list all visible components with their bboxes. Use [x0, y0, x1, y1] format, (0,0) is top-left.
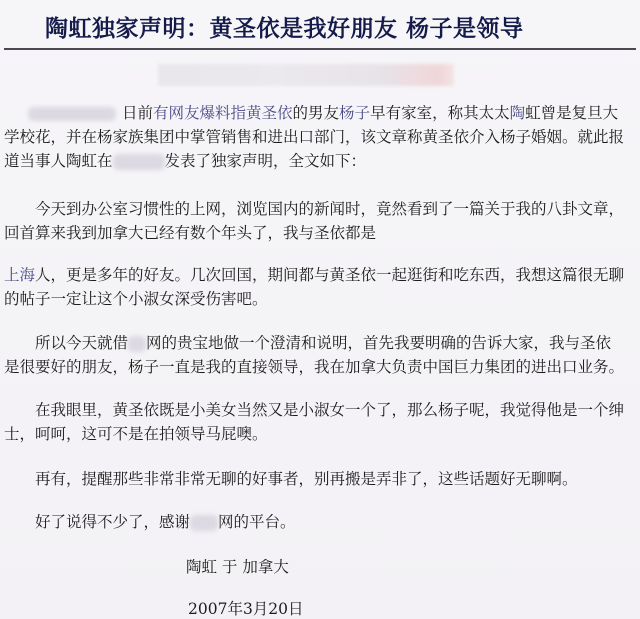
- paragraph-text: 人，更是多年的好友。几次回国，期间都与黄圣依一起逛街和吃东西，我想这篇很无聊: [35, 266, 624, 284]
- paragraph-4-line-1: 在我眼里，黄圣依既是小美女当然又是小淑女一个了，那么杨子呢，我觉得他是一个绅: [35, 400, 624, 420]
- date: 2007年3月20日: [188, 597, 304, 619]
- highlight-text: 上海: [4, 266, 35, 284]
- paragraph-text: 网的贵宝地做一个澄清和说明，首先我要明确的告诉大家，我与圣依: [146, 334, 611, 352]
- paragraph-3-line-1: 所以今天就借网的贵宝地做一个澄清和说明，首先我要明确的告诉大家，我与圣依: [35, 333, 611, 353]
- title-bar: 陶虹独家声明：黄圣依是我好朋友 杨子是领导: [0, 0, 640, 48]
- paragraph-2-line-1: 上海人，更是多年的好友。几次回国，期间都与黄圣依一起逛街和吃东西，我想这篇很无聊: [4, 265, 624, 285]
- redacted-source: [113, 154, 165, 170]
- intro-link-text: 有网友爆料指黄圣依: [153, 104, 293, 122]
- intro-text: 道当事人陶虹在: [4, 152, 113, 170]
- intro-link-text: 杨子: [339, 104, 370, 122]
- redacted-source: [28, 107, 116, 121]
- intro-line-1: 日前有网友爆料指黄圣依的男友杨子早有家室，称其太太陶虹曾是复旦大: [28, 103, 618, 123]
- paragraph-6-line-1: 好了说得不少了，感谢网的平台。: [35, 512, 296, 532]
- title-divider: [4, 48, 636, 50]
- intro-text: 发表了独家声明，全文如下：: [165, 152, 367, 170]
- redacted-site-name: [128, 336, 146, 352]
- paragraph-2-line-2: 的帖子一定让这个小淑女深受伤害吧。: [4, 289, 268, 309]
- paragraph-3-line-2: 是很要好的朋友，杨子一直是我的直接领导，我在加拿大负责中国巨力集团的进出口业务。: [4, 357, 624, 377]
- paragraph-1-line-1: 今天到办公室习惯性的上网，浏览国内的新闻时，竟然看到了一篇关于我的八卦文章，: [35, 199, 624, 219]
- paragraph-1-line-2: 回首算来我到加拿大已经有数个年头了，我与圣依都是: [4, 223, 376, 243]
- intro-text: 的男友: [293, 104, 340, 122]
- intro-line-2: 学校花，并在杨家族集团中掌管销售和进出口部门，该文章称黄圣依介入杨子婚姻。就此报: [4, 127, 624, 147]
- paragraph-4-line-2: 士，呵呵，这可不是在拍领导马屁噢。: [4, 424, 268, 444]
- blurred-banner-image: [158, 64, 454, 86]
- intro-link-text: 陶: [510, 104, 526, 122]
- paragraph-5-line-1: 再有，提醒那些非常非常无聊的好事者，别再搬是弄非了，这些话题好无聊啊。: [35, 469, 578, 489]
- page-title: 陶虹独家声明：黄圣依是我好朋友 杨子是领导: [45, 10, 524, 43]
- paragraph-text: 网的平台。: [218, 513, 296, 531]
- intro-text: 日前: [122, 104, 153, 122]
- paragraph-text: 好了说得不少了，感谢: [35, 513, 190, 531]
- intro-line-3: 道当事人陶虹在发表了独家声明，全文如下：: [4, 151, 366, 171]
- intro-text: 早有家室，称其太太: [370, 104, 510, 122]
- redacted-site-name: [190, 515, 218, 531]
- intro-text: 虹曾是复旦大: [525, 104, 618, 122]
- signature: 陶虹 于 加拿大: [186, 555, 289, 577]
- document-page: 陶虹独家声明：黄圣依是我好朋友 杨子是领导 日前有网友爆料指黄圣依的男友杨子早有…: [0, 0, 640, 619]
- paragraph-text: 所以今天就借: [35, 334, 128, 352]
